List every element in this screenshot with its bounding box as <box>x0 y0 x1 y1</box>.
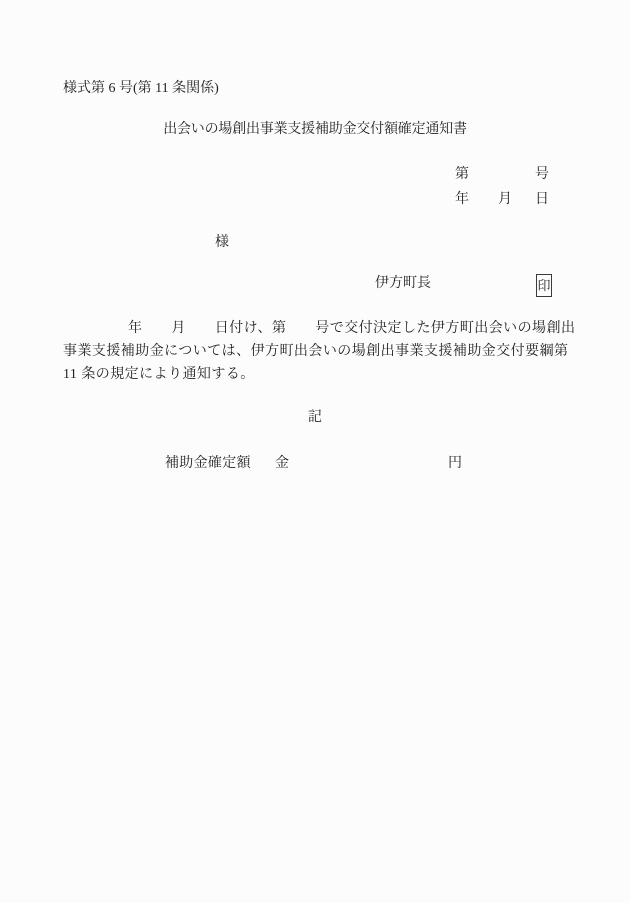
document-page: 様式第 6 号(第 11 条関係) 出会いの場創出事業支援補助金交付額確定通知書… <box>0 0 630 903</box>
body-paragraph: 年 月 日付け、第 号で交付決定した伊方町出会いの場創出 事業支援補助金について… <box>63 317 570 387</box>
sender-title: 伊方町長 <box>375 277 431 291</box>
doc-number-suffix: 号 <box>535 168 549 182</box>
date-year-label: 年 <box>455 193 469 207</box>
seal-placeholder-box: 印 <box>536 274 552 297</box>
addressee-honorific: 様 <box>215 236 229 250</box>
ki-section-heading: 記 <box>0 411 630 425</box>
body-line-3: 11 条の規定により通知する。 <box>63 364 570 387</box>
date-month-label: 月 <box>498 193 512 207</box>
amount-currency-unit: 円 <box>448 457 462 471</box>
document-title: 出会いの場創出事業支援補助金交付額確定通知書 <box>0 123 630 137</box>
date-day-label: 日 <box>535 193 549 207</box>
body-line-1: 年 月 日付け、第 号で交付決定した伊方町出会いの場創出 <box>63 317 570 340</box>
amount-confirmed-label: 補助金確定額 <box>165 457 251 471</box>
form-number-note: 様式第 6 号(第 11 条関係) <box>63 82 219 96</box>
body-line-2: 事業支援補助金については、伊方町出会いの場創出事業支援補助金交付要綱第 <box>63 340 570 363</box>
amount-currency-prefix: 金 <box>275 457 289 471</box>
seal-mark: 印 <box>537 279 550 292</box>
doc-number-prefix: 第 <box>455 168 469 182</box>
